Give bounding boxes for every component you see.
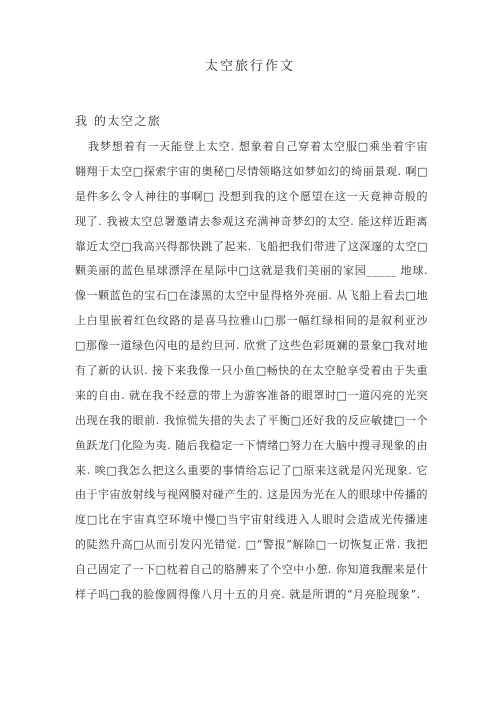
text-line: 自己固定了一下□枕着自己的胳膊来了个空中小憩. 你知道我醒来是什么 [75,558,428,583]
text-line: 现了. 我被太空总署邀请去参观这充满神奇梦幻的太空. 能这样近距离的 [75,210,428,235]
text-line: 来的自由. 就在我不经意的带上为游客准备的眼罩时□一道闪亮的光突然 [75,384,428,409]
text-line: □那像一道绿色闪电的是约旦河. 欣赏了这些色彩斑斓的景象□我对地球 [75,334,428,359]
text-line: 样子吗□我的脸像圆得像八月十五的月亮. 就是所谓的“月亮脸现象”. [75,583,428,608]
document-page: 太空旅行作文 我 的太空之旅 我梦想着有一天能登上太空. 想象着自己穿着太空服□… [0,0,500,707]
text-line: 颗美丽的蓝色星球漂浮在星际中□这就是我们美丽的家园_____ 地球. 它 [75,259,428,284]
text-line: 有了新的认识. 接下来我像一只小鱼□畅快的在太空舱享受着由于失重带 [75,359,428,384]
text-line: 是件多么令人神往的事啊□ 没想到我的这个愿望在这一天竟神奇般的实 [75,185,428,210]
text-line: 的陡然升高□从而引发闪光错觉. □“警报”解除□一切恢复正常. 我把 [75,533,428,558]
text-line: 由于宇宙放射线与视网膜对碰产生的. 这是因为光在人的眼球中传播的速 [75,483,428,508]
text-line: 靠近太空□我高兴得都快跳了起来. 飞船把我们带进了这深邃的太空□一 [75,235,428,260]
text-line: 翱翔于太空□探索宇宙的奥秘□尽情领略这如梦如幻的绮丽景观. 啊□这 [75,160,428,185]
document-title: 太空旅行作文 [0,57,500,77]
essay-body: 我梦想着有一天能登上太空. 想象着自己穿着太空服□乘坐着宇宙飞船翱翔于太空□探索… [75,135,428,608]
text-line: 鱼跃龙门化险为夷. 随后我稳定一下情绪□努力在大脑中搜寻现象的由 [75,434,428,459]
text-line: 来. 唉□我怎么把这么重要的事情给忘记了□原来这就是闪光现象. 它是 [75,459,428,484]
essay-subtitle: 我 的太空之旅 [75,109,428,134]
text-line: 像一颗蓝色的宝石□在漆黑的太空中显得格外亮丽. 从飞船上看去□地球 [75,284,428,309]
text-line: 度□比在宇宙真空环境中慢□当宇宙射线进入人眼时会造成光传播速度 [75,508,428,533]
text-line: 上白里嵌着红色纹路的是喜马拉雅山□那一幅红绿相间的是叙利亚沙漠 [75,309,428,334]
text-line: 出现在我的眼前. 我惊慌失措的失去了平衡□还好我的反应敏捷□一个鲤 [75,409,428,434]
text-line: 我梦想着有一天能登上太空. 想象着自己穿着太空服□乘坐着宇宙飞船 [75,135,428,160]
document-content: 我 的太空之旅 我梦想着有一天能登上太空. 想象着自己穿着太空服□乘坐着宇宙飞船… [0,109,500,608]
